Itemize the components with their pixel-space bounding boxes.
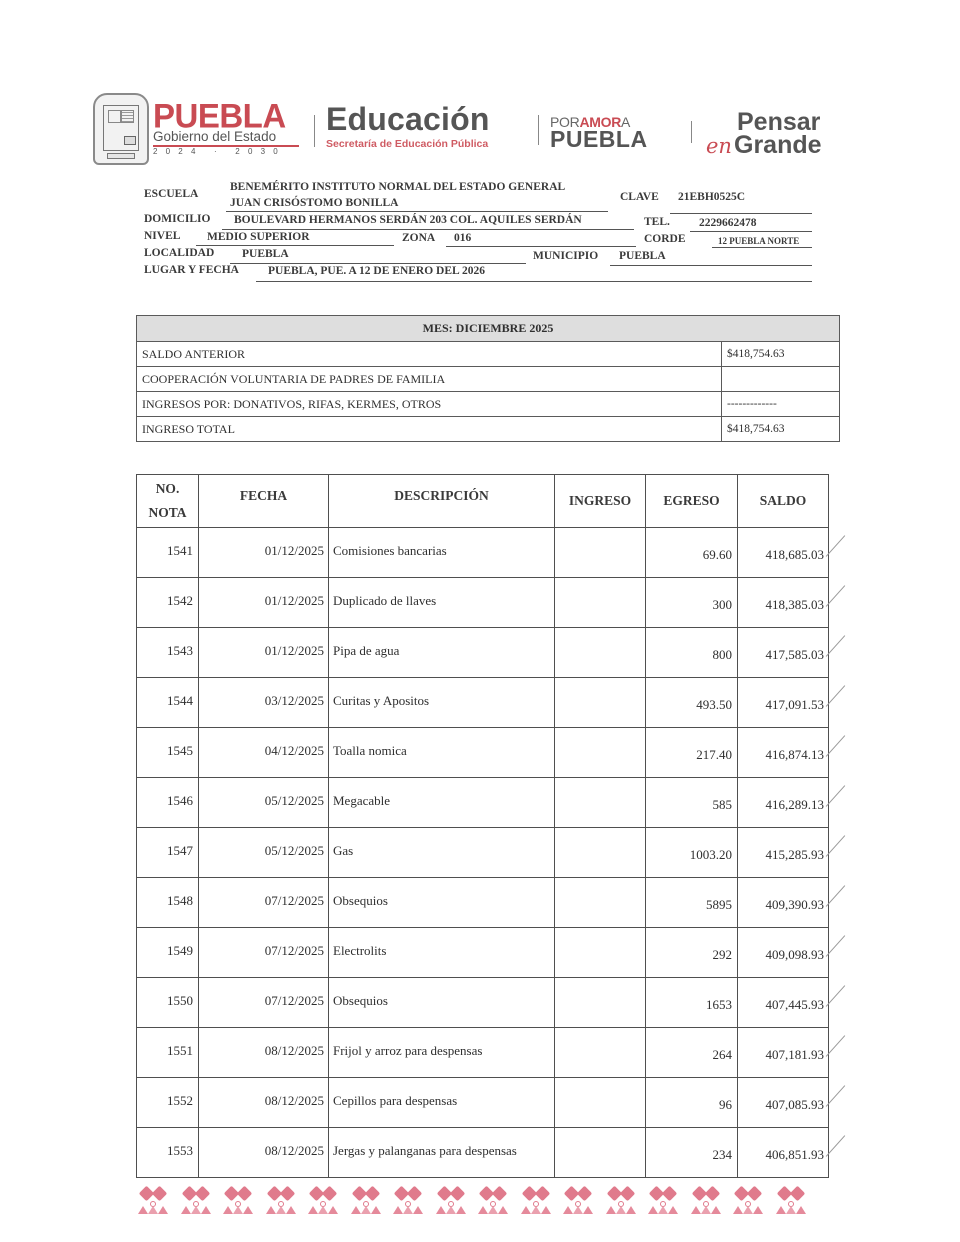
logo-divider [691, 121, 692, 143]
lugar-fecha-label: LUGAR Y FECHA [144, 263, 239, 277]
clave-label: CLAVE [620, 190, 659, 204]
talavera-motif-icon [179, 1186, 213, 1218]
cell-fecha: 05/12/2025 [199, 778, 329, 828]
cell-nota: 1544 [137, 678, 199, 728]
tel-label: TEL. [644, 215, 670, 229]
cell-saldo: 409,098.93 [738, 928, 829, 978]
cell-ingreso [555, 928, 646, 978]
cell-saldo: 407,085.93 [738, 1078, 829, 1128]
ledger-row: 154201/12/2025Duplicado de llaves300418,… [137, 578, 829, 628]
clave-value: 21EBH0525C [678, 190, 745, 204]
municipio-label: MUNICIPIO [533, 249, 598, 263]
talavera-motif-icon [689, 1186, 723, 1218]
cell-nota: 1547 [137, 828, 199, 878]
summary-label: INGRESO TOTAL [137, 417, 722, 442]
cell-descripcion: Obsequios [329, 878, 555, 928]
cell-nota: 1551 [137, 1028, 199, 1078]
cell-egreso: 96 [646, 1078, 738, 1128]
lugar-fecha-value: PUEBLA, PUE. A 12 DE ENERO DEL 2026 [268, 264, 485, 278]
summary-row: COOPERACIÓN VOLUNTARIA DE PADRES DE FAMI… [137, 367, 840, 392]
escuela-label: ESCUELA [144, 187, 198, 201]
pensar-en-grande-logo: Pensar en Grande [706, 111, 820, 157]
cell-saldo: 417,091.53 [738, 678, 829, 728]
summary-label: COOPERACIÓN VOLUNTARIA DE PADRES DE FAMI… [137, 367, 722, 392]
cell-nota: 1552 [137, 1078, 199, 1128]
cell-saldo: 418,385.03 [738, 578, 829, 628]
cell-ingreso [555, 1128, 646, 1178]
cell-descripcion: Obsequios [329, 978, 555, 1028]
cell-saldo: 406,851.93 [738, 1128, 829, 1178]
cell-nota: 1545 [137, 728, 199, 778]
zona-value: 016 [454, 231, 471, 245]
cell-egreso: 300 [646, 578, 738, 628]
cell-nota: 1549 [137, 928, 199, 978]
cell-descripcion: Toalla nomica [329, 728, 555, 778]
cell-fecha: 08/12/2025 [199, 1078, 329, 1128]
cell-egreso: 5895 [646, 878, 738, 928]
localidad-value: PUEBLA [242, 247, 289, 261]
talavera-motif-icon [136, 1186, 170, 1218]
cell-saldo: 417,585.03 [738, 628, 829, 678]
cell-egreso: 1653 [646, 978, 738, 1028]
cell-descripcion: Megacable [329, 778, 555, 828]
col-header-nota-line2: NOTA [137, 501, 198, 525]
cell-saldo: 416,289.13 [738, 778, 829, 828]
summary-label: INGRESOS POR: DONATIVOS, RIFAS, KERMES, … [137, 392, 722, 417]
cell-saldo: 416,874.13 [738, 728, 829, 778]
zona-label: ZONA [402, 231, 435, 245]
ledger-row: 155308/12/2025Jergas y palanganas para d… [137, 1128, 829, 1178]
ledger-header-row: NO. NOTA FECHA DESCRIPCIÓN INGRESO EGRES… [137, 475, 829, 528]
cell-ingreso [555, 1078, 646, 1128]
col-header-nota-line1: NO. [137, 477, 198, 501]
talavera-motif-icon [561, 1186, 595, 1218]
cell-descripcion: Comisiones bancarias [329, 528, 555, 578]
cell-egreso: 69.60 [646, 528, 738, 578]
cell-fecha: 08/12/2025 [199, 1028, 329, 1078]
cell-egreso: 217.40 [646, 728, 738, 778]
summary-row: SALDO ANTERIOR $418,754.63 [137, 342, 840, 367]
cell-descripcion: Pipa de agua [329, 628, 555, 678]
cell-ingreso [555, 578, 646, 628]
cell-nota: 1553 [137, 1128, 199, 1178]
ledger-row: 155007/12/2025Obsequios1653407,445.93 [137, 978, 829, 1028]
nivel-value: MEDIO SUPERIOR [207, 230, 310, 244]
summary-value: ------------- [722, 392, 840, 417]
tel-value: 2229662478 [699, 216, 757, 230]
cell-saldo: 418,685.03 [738, 528, 829, 578]
cell-descripcion: Gas [329, 828, 555, 878]
cell-ingreso [555, 828, 646, 878]
talavera-motif-icon [604, 1186, 638, 1218]
por-amor-a-puebla-logo: PORAMORA PUEBLA [550, 115, 648, 149]
cell-fecha: 01/12/2025 [199, 578, 329, 628]
cell-saldo: 415,285.93 [738, 828, 829, 878]
cell-nota: 1542 [137, 578, 199, 628]
talavera-motif-icon [306, 1186, 340, 1218]
cell-ingreso [555, 978, 646, 1028]
corde-value: 12 PUEBLA NORTE [718, 234, 799, 248]
cell-ingreso [555, 678, 646, 728]
cell-descripcion: Cepillos para despensas [329, 1078, 555, 1128]
talavera-motif-icon [476, 1186, 510, 1218]
monthly-summary-table: MES: DICIEMBRE 2025 SALDO ANTERIOR $418,… [136, 315, 840, 442]
summary-month-title: MES: DICIEMBRE 2025 [137, 316, 840, 342]
talavera-motif-icon [434, 1186, 468, 1218]
summary-value [722, 367, 840, 392]
amor-logo-bottom: PUEBLA [550, 129, 648, 149]
cell-fecha: 07/12/2025 [199, 928, 329, 978]
education-logo-subtitle: Secretaría de Educación Pública [326, 137, 490, 151]
cell-descripcion: Electrolits [329, 928, 555, 978]
escuela-value-line1: BENEMÉRITO INSTITUTO NORMAL DEL ESTADO G… [230, 180, 565, 194]
cell-ingreso [555, 1028, 646, 1078]
cell-fecha: 07/12/2025 [199, 978, 329, 1028]
cell-fecha: 08/12/2025 [199, 1128, 329, 1178]
col-header-egreso: EGRESO [646, 475, 738, 528]
talavera-motif-icon [646, 1186, 680, 1218]
col-header-descripcion: DESCRIPCIÓN [329, 475, 555, 528]
pensar-logo-en: en [706, 135, 732, 157]
cell-nota: 1541 [137, 528, 199, 578]
ledger-row: 154807/12/2025Obsequios5895409,390.93 [137, 878, 829, 928]
cell-nota: 1543 [137, 628, 199, 678]
talavera-motif-icon [391, 1186, 425, 1218]
cell-nota: 1550 [137, 978, 199, 1028]
puebla-government-logo: PUEBLA Gobierno del Estado 2024 · 2030 [153, 101, 299, 157]
ledger-row: 154705/12/2025Gas1003.20415,285.93 [137, 828, 829, 878]
cell-egreso: 292 [646, 928, 738, 978]
pensar-logo-top: Pensar [737, 111, 820, 133]
education-logo-title: Educación [326, 103, 490, 135]
localidad-label: LOCALIDAD [144, 246, 214, 260]
education-logo: Educación Secretaría de Educación Públic… [326, 103, 490, 151]
summary-row: INGRESO TOTAL $418,754.63 [137, 417, 840, 442]
puebla-logo-years: 2024 · 2030 [153, 147, 299, 157]
cell-egreso: 264 [646, 1028, 738, 1078]
pensar-logo-bottom: Grande [734, 133, 822, 157]
state-crest-icon [93, 93, 149, 165]
summary-value: $418,754.63 [722, 417, 840, 442]
talavera-motif-icon [774, 1186, 808, 1218]
cell-ingreso [555, 878, 646, 928]
cell-ingreso [555, 628, 646, 678]
cell-fecha: 05/12/2025 [199, 828, 329, 878]
summary-row: INGRESOS POR: DONATIVOS, RIFAS, KERMES, … [137, 392, 840, 417]
corde-label: CORDE [644, 232, 686, 246]
cell-descripcion: Curitas y Apositos [329, 678, 555, 728]
nivel-label: NIVEL [144, 229, 180, 243]
logo-divider [314, 115, 315, 147]
ledger-row: 155208/12/2025Cepillos para despensas964… [137, 1078, 829, 1128]
ledger-row: 154301/12/2025Pipa de agua800417,585.03 [137, 628, 829, 678]
cell-ingreso [555, 528, 646, 578]
talavera-motif-icon [349, 1186, 383, 1218]
cell-descripcion: Duplicado de llaves [329, 578, 555, 628]
summary-label: SALDO ANTERIOR [137, 342, 722, 367]
ledger-row: 154101/12/2025Comisiones bancarias69.604… [137, 528, 829, 578]
municipio-value: PUEBLA [619, 249, 666, 263]
talavera-motif-icon [264, 1186, 298, 1218]
cell-descripcion: Jergas y palanganas para despensas [329, 1128, 555, 1178]
col-header-fecha: FECHA [199, 475, 329, 528]
cell-fecha: 01/12/2025 [199, 628, 329, 678]
cell-egreso: 1003.20 [646, 828, 738, 878]
cell-fecha: 01/12/2025 [199, 528, 329, 578]
cell-fecha: 03/12/2025 [199, 678, 329, 728]
escuela-value-line2: JUAN CRISÓSTOMO BONILLA [230, 196, 399, 210]
puebla-logo-title: PUEBLA [153, 100, 299, 132]
expense-ledger-table: NO. NOTA FECHA DESCRIPCIÓN INGRESO EGRES… [136, 474, 829, 1178]
cell-egreso: 800 [646, 628, 738, 678]
talavera-motif-icon [221, 1186, 255, 1218]
cell-egreso: 234 [646, 1128, 738, 1178]
cell-egreso: 585 [646, 778, 738, 828]
ledger-row: 154907/12/2025Electrolits292409,098.93 [137, 928, 829, 978]
cell-ingreso [555, 778, 646, 828]
ledger-row: 154504/12/2025Toalla nomica217.40416,874… [137, 728, 829, 778]
header-logos: PUEBLA Gobierno del Estado 2024 · 2030 E… [90, 93, 870, 165]
col-header-nota: NO. NOTA [137, 475, 199, 528]
cell-saldo: 407,181.93 [738, 1028, 829, 1078]
logo-divider [538, 115, 539, 145]
talavera-motif-icon [519, 1186, 553, 1218]
ledger-row: 154605/12/2025Megacable585416,289.13 [137, 778, 829, 828]
domicilio-label: DOMICILIO [144, 212, 210, 226]
cell-fecha: 04/12/2025 [199, 728, 329, 778]
col-header-saldo: SALDO [738, 475, 829, 528]
talavera-motif-icon [731, 1186, 765, 1218]
cell-fecha: 07/12/2025 [199, 878, 329, 928]
domicilio-value: BOULEVARD HERMANOS SERDÁN 203 COL. AQUIL… [234, 213, 582, 227]
cell-saldo: 407,445.93 [738, 978, 829, 1028]
cell-nota: 1546 [137, 778, 199, 828]
cell-descripcion: Frijol y arroz para despensas [329, 1028, 555, 1078]
decorative-border-pattern [136, 1186, 808, 1218]
cell-nota: 1548 [137, 878, 199, 928]
ledger-row: 154403/12/2025Curitas y Apositos493.5041… [137, 678, 829, 728]
cell-ingreso [555, 728, 646, 778]
col-header-ingreso: INGRESO [555, 475, 646, 528]
cell-egreso: 493.50 [646, 678, 738, 728]
ledger-row: 155108/12/2025Frijol y arroz para despen… [137, 1028, 829, 1078]
summary-value: $418,754.63 [722, 342, 840, 367]
cell-saldo: 409,390.93 [738, 878, 829, 928]
